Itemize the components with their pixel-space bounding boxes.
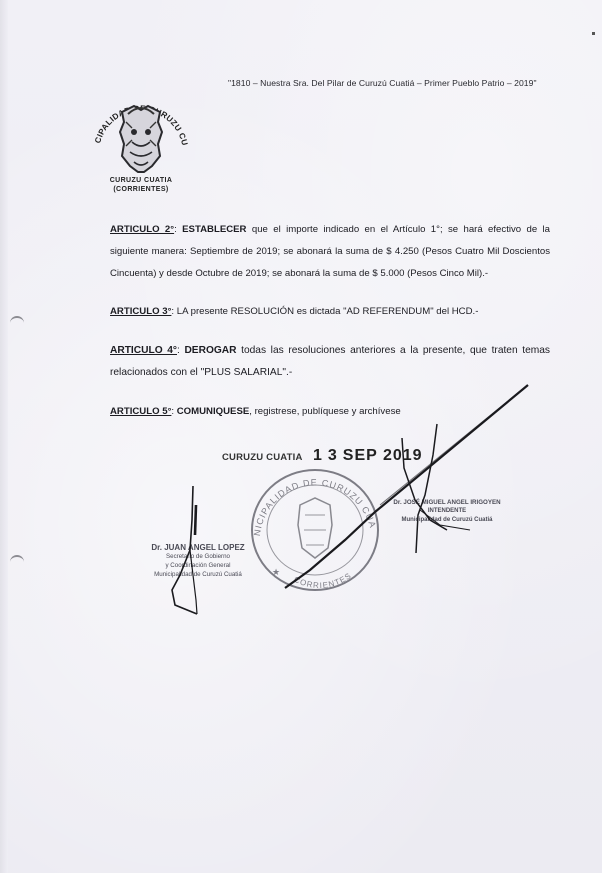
- svg-text:★: ★: [272, 567, 280, 577]
- stamps-and-signatures: MUNICIPALIDAD DE CURUZU CUATIA CORRIENTE…: [0, 0, 602, 873]
- svg-text:MUNICIPALIDAD DE CURUZU CUATIA: MUNICIPALIDAD DE CURUZU CUATIA: [0, 0, 378, 537]
- seal-top-text: MUNICIPALIDAD DE CURUZU CUATIA: [0, 0, 378, 537]
- signature-left: [172, 486, 197, 614]
- municipal-seal-icon: MUNICIPALIDAD DE CURUZU CUATIA CORRIENTE…: [0, 0, 378, 590]
